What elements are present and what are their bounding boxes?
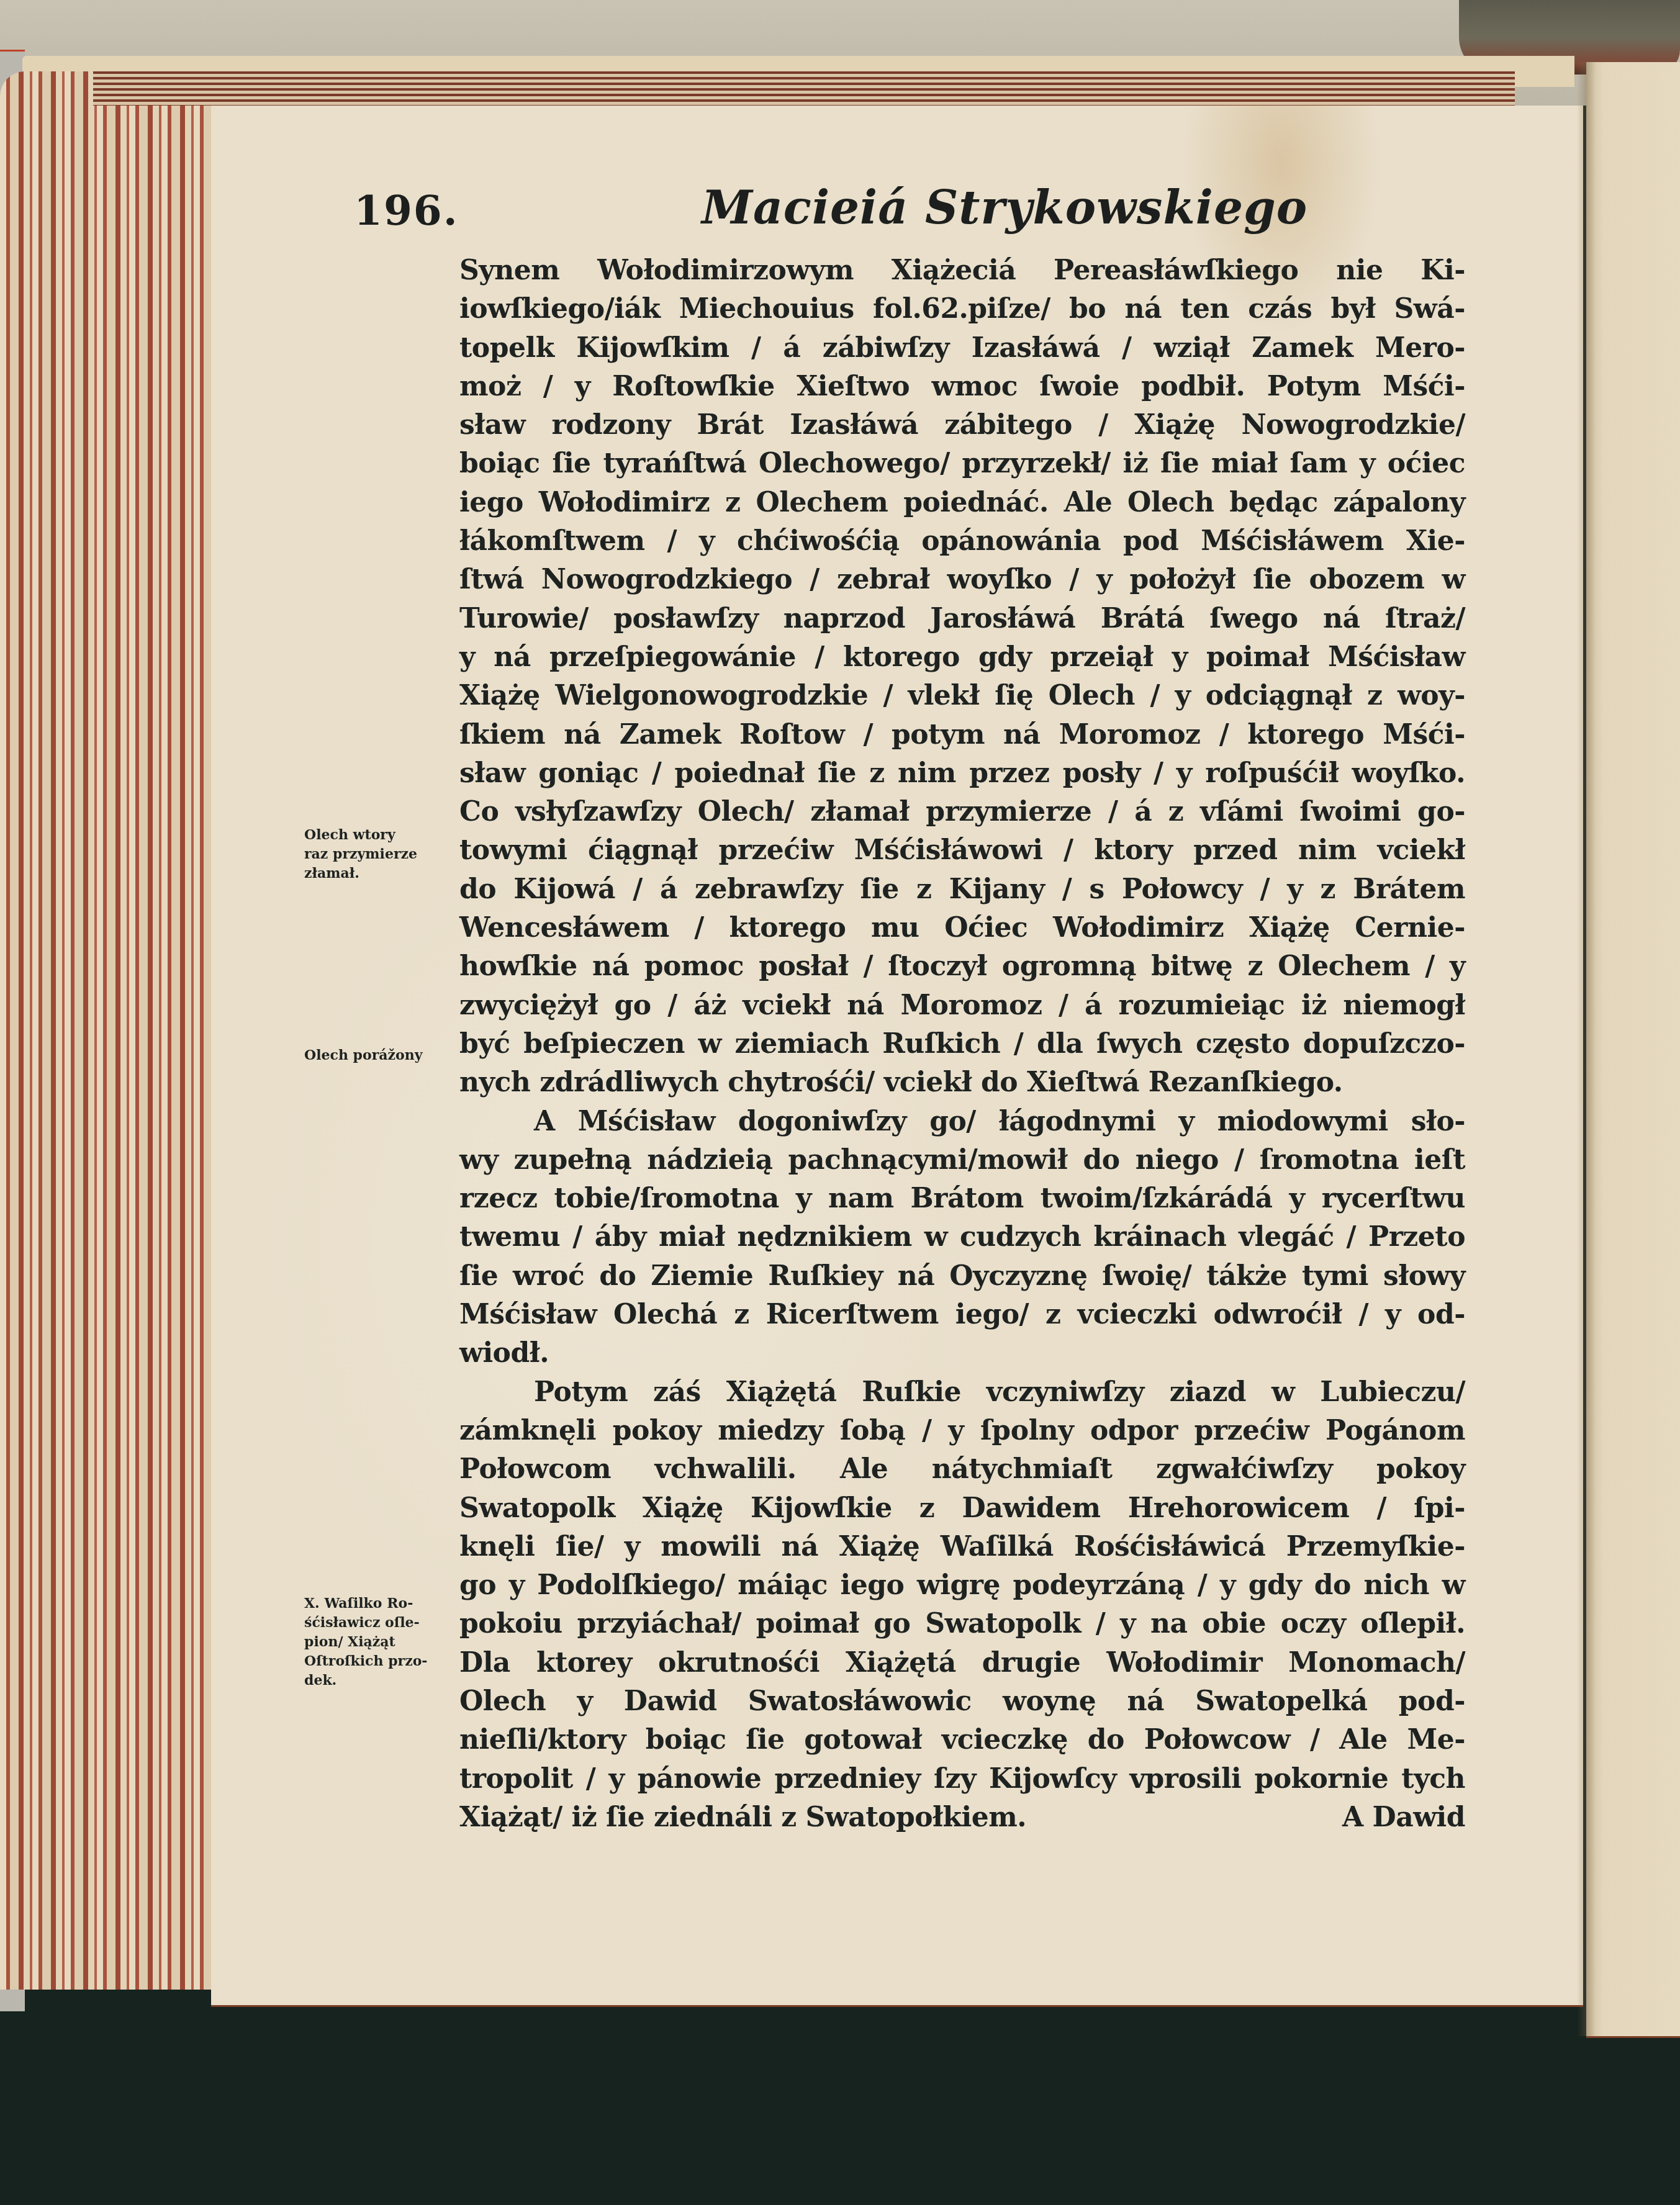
text-line: Turowie/ posławſzy naprzod Jarosłáwá Brá… [459, 600, 1465, 638]
text-line-with-catchword: Xiążąt/ iż ſie ziednáli z Swatopołkiem. … [459, 1798, 1465, 1837]
marginal-note-broken-truce: Olech wtory raz przymierze złamał. [304, 826, 453, 883]
marginal-note-line: Olech porážony [304, 1046, 453, 1065]
text-line: iowſkiego/iák Miechouius fol.62.piſze/ b… [459, 290, 1465, 328]
text-line: twemu / áby miał nędznikiem w cudzych kr… [459, 1218, 1465, 1256]
marginal-note-line: śćisławicz oſle- [304, 1613, 453, 1633]
text-line: łákomſtwem / y chćiwośćią opánowánia pod… [459, 522, 1465, 561]
text-line: tropolit / y pánowie przedniey ſzy Kijow… [459, 1760, 1465, 1798]
text-line: Swatopolk Xiążę Kijowſkie z Dawidem Hreh… [459, 1489, 1465, 1528]
text-line: boiąc ſie tyrańſtwá Olechowego/ przyrzek… [459, 444, 1465, 483]
marginal-note-line: dek. [304, 1671, 453, 1690]
marginal-note-line: Oſtroſkich przo- [304, 1652, 453, 1671]
text-line-paragraph-start: A Mśćisław dogoniwſzy go/ łágodnymi y mi… [459, 1102, 1465, 1141]
marginal-note-line: Olech wtory [304, 826, 453, 845]
text-line: zwyciężył go / áż vciekł ná Moromoz / á … [459, 986, 1465, 1025]
text-line: sław rodzony Brát Izasłáwá zábitego / Xi… [459, 406, 1465, 444]
text-line: Dla ktorey okrutnośći Xiążętá drugie Woł… [459, 1644, 1465, 1682]
marginal-note-line: pion/ Xiążąt [304, 1633, 453, 1652]
text-line: nieſli/ktory boiąc ſie gotował vcieczkę … [459, 1721, 1465, 1759]
text-line: moż / y Roſtowſkie Xieſtwo wmoc ſwoie po… [459, 367, 1465, 406]
text-line: Xiążę Wielgonowogrodzkie / vlekł ſię Ole… [459, 677, 1465, 715]
gutter-shadow [1577, 62, 1596, 2036]
text-line: Mśćisław Olechá z Ricerſtwem iego/ z vci… [459, 1296, 1465, 1334]
text-line: iego Wołodimirz z Olechem poiednáć. Ale … [459, 484, 1465, 522]
text-line: Połowcom vchwalili. Ale nátychmiaſt zgwa… [459, 1450, 1465, 1489]
text-line: Olech y Dawid Swatosłáwowic woynę ná Swa… [459, 1682, 1465, 1721]
text-line: howſkie ná pomoc posłał / ſtoczył ogromn… [459, 947, 1465, 986]
page-stack-top-edge [93, 71, 1515, 106]
text-line: wiodł. [459, 1334, 1465, 1373]
text-line: nych zdrádliwych chytrośći/ vciekł do Xi… [459, 1063, 1465, 1102]
text-line: Wencesłáwem / ktorego mu Oćiec Wołodimir… [459, 909, 1465, 947]
marginal-note-line: złamał. [304, 864, 453, 883]
page-number: 196. [354, 186, 459, 235]
page-header: 196. Macieiá Strykowskiego [354, 186, 1484, 255]
text-line: go y Podolſkiego/ máiąc iego wigrę podey… [459, 1566, 1465, 1605]
text-line: Synem Wołodimirzowym Xiążeciá Pereasłáwſ… [459, 251, 1465, 290]
text-line: sław goniąc / poiednał ſie z nim przez p… [459, 754, 1465, 793]
text-line: ſkiem ná Zamek Roſtow / potym ná Moromoz… [459, 716, 1465, 754]
body-text: Synem Wołodimirzowym Xiążeciá Pereasłáwſ… [459, 251, 1465, 1837]
text-line-final: Xiążąt/ iż ſie ziednáli z Swatopołkiem. [459, 1798, 1026, 1837]
text-line: topelk Kijowſkim / á zábiwſzy Izasłáwá /… [459, 329, 1465, 367]
text-line: knęli ſie/ y mowili ná Xiążę Waſilká Roś… [459, 1528, 1465, 1566]
text-line: wy zupełną nádzieią pachnącymi/mowił do … [459, 1141, 1465, 1179]
text-line-paragraph-start: Potym záś Xiążętá Ruſkie vczyniwſzy ziaz… [459, 1373, 1465, 1412]
marginal-note-olech-defeated: Olech porážony [304, 1046, 453, 1065]
marginal-note-wasilko-blinded: X. Waſilko Ro- śćisławicz oſle- pion/ Xi… [304, 1594, 453, 1690]
fore-edge-page-stack [0, 71, 214, 1990]
text-line: y ná przeſpiegowánie / ktorego gdy przei… [459, 638, 1465, 677]
text-line: Co vsłyſzawſzy Olech/ złamał przymierze … [459, 793, 1465, 831]
catchword: A Dawid [1342, 1798, 1465, 1837]
running-head-title: Macieiá Strykowskiego [702, 181, 1307, 235]
text-line: towymi ćiągnął przećiw Mśćisłáwowi / kto… [459, 831, 1465, 870]
text-line: być beſpieczen w ziemiach Ruſkich / dla … [459, 1025, 1465, 1063]
text-line: ſie wroć do Ziemie Ruſkiey ná Oyczyznę ſ… [459, 1257, 1465, 1296]
marginal-note-line: raz przymierze [304, 845, 453, 864]
text-line: zámknęli pokoy miedzy ſobą / y ſpolny od… [459, 1412, 1465, 1450]
text-line: do Kijowá / á zebrawſzy ſie z Kijany / s… [459, 870, 1465, 909]
facing-page-edge [1586, 62, 1680, 2038]
text-line: rzecz tobie/ſromotna y nam Brátom twoim/… [459, 1179, 1465, 1218]
red-rule-line [0, 50, 25, 52]
text-line: ſtwá Nowogrodzkiego / zebrał woyſko / y … [459, 561, 1465, 599]
text-line: pokoiu przyiáchał/ poimał go Swatopolk /… [459, 1605, 1465, 1643]
marginal-note-line: X. Waſilko Ro- [304, 1594, 453, 1613]
